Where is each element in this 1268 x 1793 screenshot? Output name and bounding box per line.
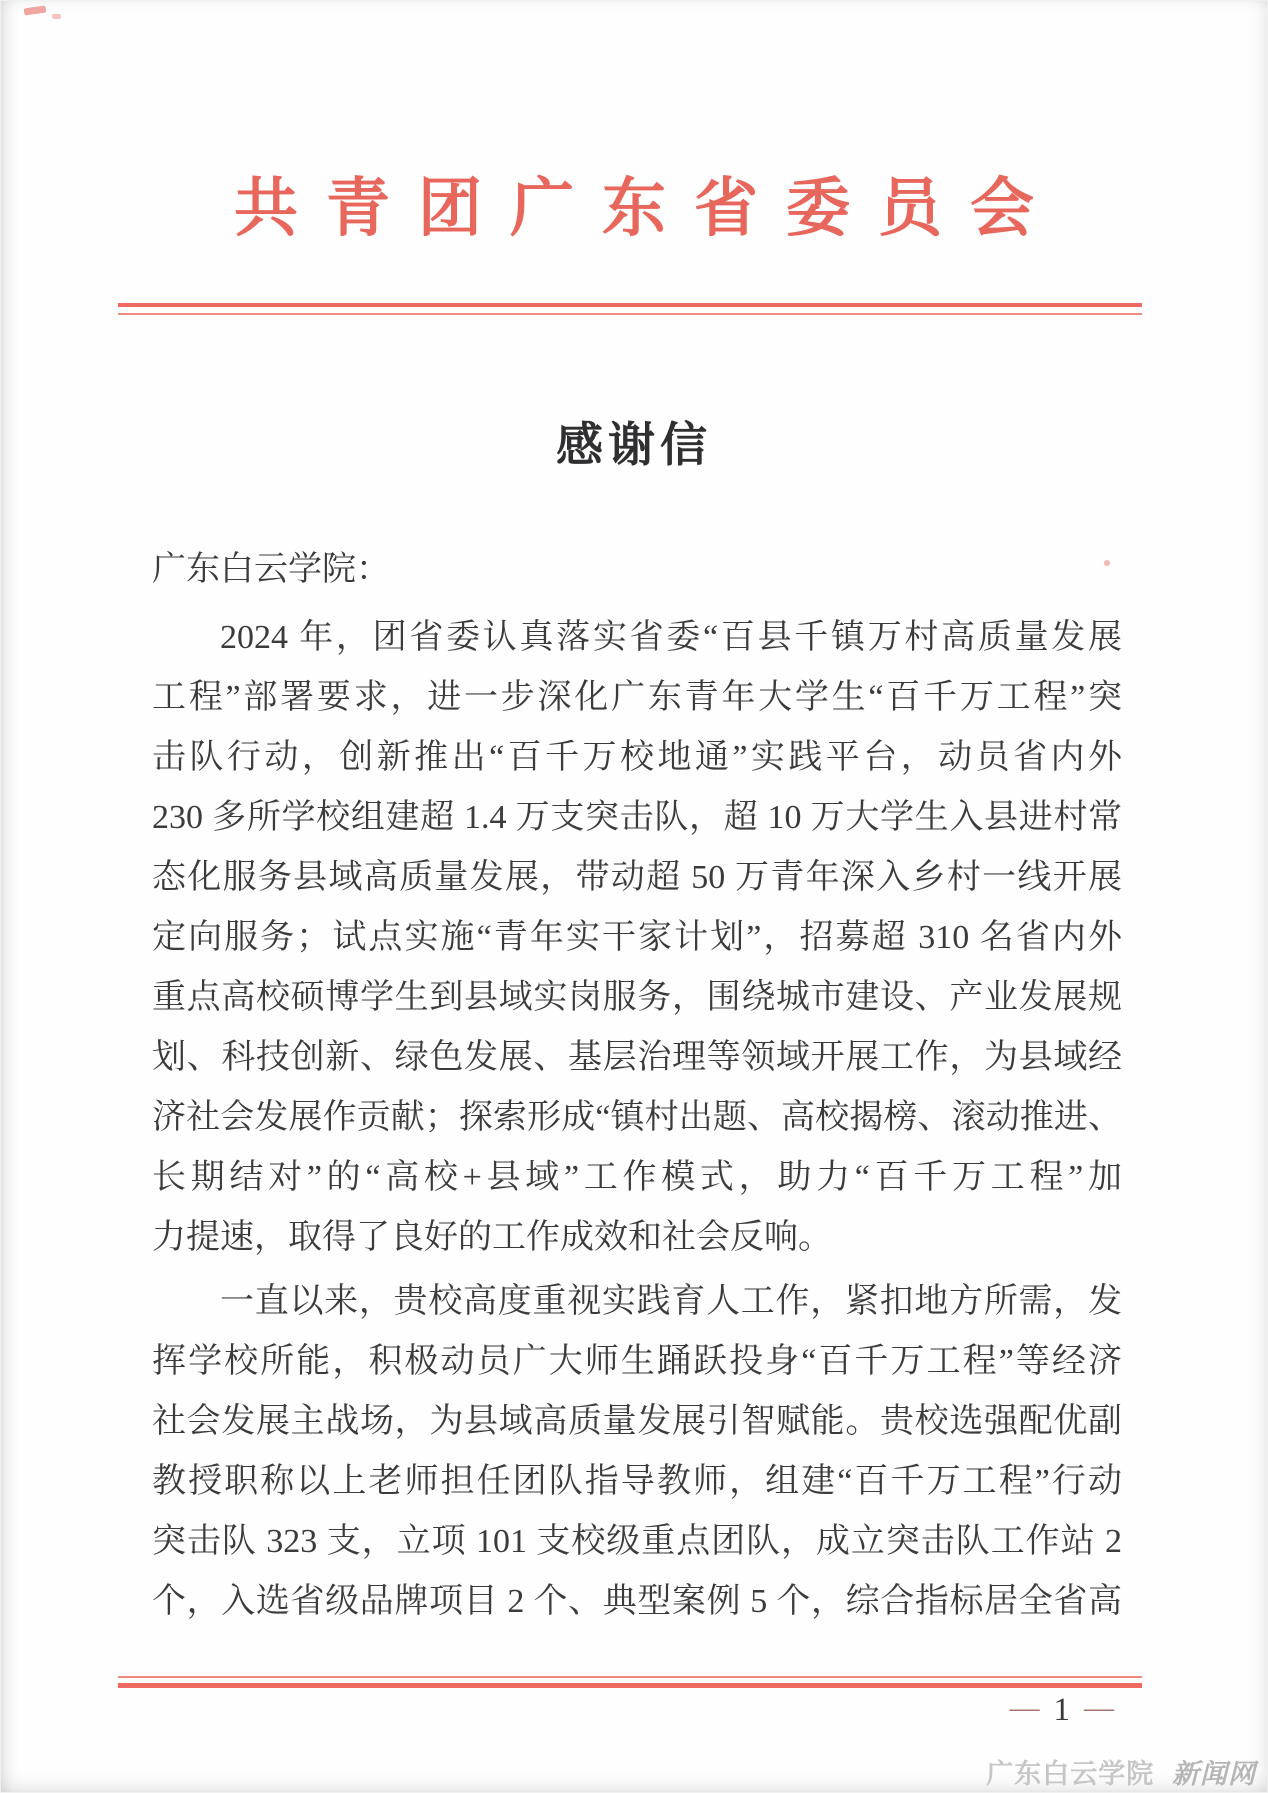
body-line: 个，入选省级品牌项目 2 个、典型案例 5 个，综合指标居全省高 [152,1572,1122,1632]
watermark: 广东白云学院 新闻网 [986,1752,1256,1791]
body-line: 突击队 323 支，立项 101 支校级重点团队，成立突击队工作站 2 [152,1512,1122,1572]
page-number-value: 1 [1054,1692,1073,1728]
body-line: 力提速，取得了良好的工作成效和社会反响。 [152,1208,1122,1268]
body-line: 划、科技创新、绿色发展、基层治理等领域开展工作，为县域经 [152,1028,1122,1088]
footer-rule-thick [118,1683,1142,1688]
watermark-suffix: 新闻网 [1162,1759,1256,1789]
body-line: 定向服务；试点实施“青年实干家计划”，招募超 310 名省内外 [152,908,1122,968]
body-line: 重点高校硕博学生到县域实岗服务，围绕城市建设、产业发展规 [152,968,1122,1028]
letterhead-rule-thin [118,313,1142,315]
body-line: 社会发展主战场，为县域高质量发展引智赋能。贵校选强配优副 [152,1392,1122,1452]
body-line: 济社会发展作贡献；探索形成“镇村出题、高校揭榜、滚动推进、 [152,1088,1122,1148]
body-line: 教授职称以上老师担任团队指导教师，组建“百千万工程”行动 [152,1452,1122,1512]
letter-body: 广东白云学院： 2024 年，团省委认真落实省委“百县千镇万村高质量发展工程”部… [152,540,1122,1632]
paragraph-2: 一直以来，贵校高度重视实践育人工作，紧扣地方所需，发挥学校所能，积极动员广大师生… [152,1272,1122,1632]
page-number: —1— [998,1692,1129,1729]
watermark-site-name: 广东白云学院 [986,1759,1154,1789]
body-line: 击队行动，创新推出“百千万校地通”实践平台，动员省内外 [152,728,1122,788]
body-line: 230 多所学校组建超 1.4 万支突击队，超 10 万大学生入县进村常 [152,788,1122,848]
body-line: 2024 年，团省委认真落实省委“百县千镇万村高质量发展 [152,608,1122,668]
scan-artifact [24,6,47,16]
document-title: 感谢信 [0,408,1268,475]
body-line: 一直以来，贵校高度重视实践育人工作，紧扣地方所需，发 [152,1272,1122,1332]
page-number-dash-left: — [998,1691,1054,1724]
letterhead-org-title: 共青团广东省委员会 [0,172,1268,246]
body-line: 态化服务县域高质量发展，带动超 50 万青年深入乡村一线开展 [152,848,1122,908]
page-number-dash-right: — [1072,1691,1128,1724]
body-line: 挥学校所能，积极动员广大师生踊跃投身“百千万工程”等经济 [152,1332,1122,1392]
letterhead-rule-thick [118,303,1142,307]
paragraph-1: 2024 年，团省委认真落实省委“百县千镇万村高质量发展工程”部署要求，进一步深… [152,608,1122,1268]
scan-artifact [52,14,61,19]
footer-rule-thin [118,1676,1142,1678]
scanned-letter-page: 共青团广东省委员会 感谢信 广东白云学院： 2024 年，团省委认真落实省委“百… [0,0,1268,1793]
body-line: 工程”部署要求，进一步深化广东青年大学生“百千万工程”突 [152,668,1122,728]
salutation: 广东白云学院： [152,540,1122,600]
body-line: 长期结对”的“高校+县域”工作模式，助力“百千万工程”加 [152,1148,1122,1208]
